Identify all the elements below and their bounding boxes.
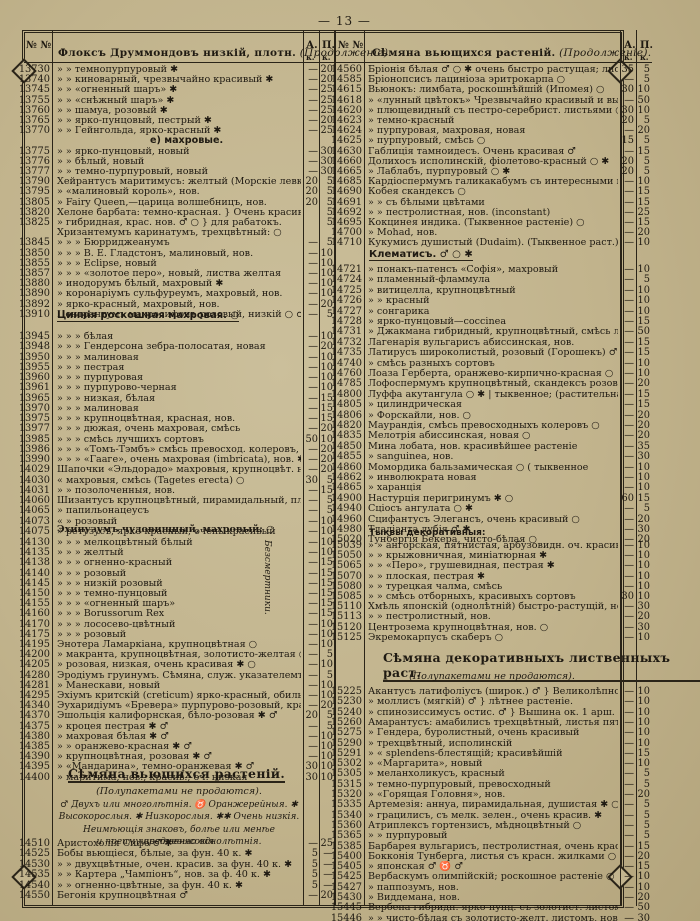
item-number: 14075 — [10, 526, 50, 538]
section-zinnia: Циннія роскошная махровая. ○ — [57, 310, 239, 322]
item-number: 14400 — [10, 772, 50, 784]
price-packet: 30 — [303, 772, 318, 784]
item-number: 14710 — [322, 237, 362, 249]
left-unit: к. — [306, 52, 315, 62]
price-packet: — — [303, 125, 318, 137]
climbers-note: (Полупакетами не продаются). — [56, 786, 302, 798]
price-half-packet: 10 — [635, 237, 650, 249]
right-unit: к. — [640, 52, 649, 62]
left-price-a-header: А. — [306, 40, 318, 51]
item-description: Бегонія крупноцвѣтная ♂ — [57, 890, 301, 902]
legend-line-1: ♂ Двухъ или многолѣтнія. ♉ Оранжерейныя.… — [56, 799, 302, 823]
item-description: Кукумисъ душистый (Dudaim). (Тыквенное р… — [368, 237, 618, 249]
item-number: 14550 — [10, 890, 50, 902]
price-packet: — — [619, 913, 634, 921]
header-rule — [336, 62, 652, 63]
section-climbers: Сѣмяна вьющихся растеній. — [68, 766, 285, 783]
price-packet: 20 — [303, 197, 318, 209]
left-num-header: № № — [26, 40, 51, 51]
right-price-a-header: А. — [624, 40, 636, 51]
price-packet: — — [303, 890, 318, 902]
item-number: 15125 — [322, 632, 362, 644]
foliage-note: (Полупакетами не продаются). — [366, 671, 618, 683]
item-number: 15446 — [322, 913, 362, 921]
section-echinops: Эхинузумъ чудовищный, махровый: ○ — [57, 524, 275, 536]
item-number: 13910 — [10, 309, 50, 321]
left-unit: к. — [322, 52, 331, 62]
item-number: 13770 — [10, 125, 50, 137]
price-packet: — — [619, 237, 634, 249]
price-packet: — — [303, 309, 318, 321]
page-number: — 13 — — [318, 14, 371, 28]
header-rule — [24, 62, 334, 63]
price-packet: — — [303, 526, 318, 538]
item-number: 13825 — [10, 217, 50, 229]
section-gourds: Тыквы декоративныя: — [369, 527, 486, 539]
right-header-title: Сѣмяна вьющихся растеній. (Продолженіе). — [372, 47, 651, 59]
column-rule — [364, 30, 365, 906]
item-description: » » чисто-бѣлая съ золотисто-желт. листо… — [368, 913, 618, 921]
right-price-p-header: П. — [640, 40, 653, 51]
price-packet: — — [619, 632, 634, 644]
right-num-header: № № — [338, 40, 363, 51]
left-price-p-header: П. — [322, 40, 335, 51]
column-rule — [52, 30, 53, 906]
item-description: Экремокарпусъ скаберъ ○ — [368, 632, 618, 644]
price-half-packet: 30 — [635, 913, 650, 921]
catalog-page: — 13 — № № Флоксъ Друммондовъ низкій, пл… — [0, 0, 700, 921]
section-clematis: Клематисъ. ♂ ○ ✱ — [369, 249, 473, 261]
right-unit: к. — [624, 52, 633, 62]
price-half-packet: 10 — [635, 632, 650, 644]
